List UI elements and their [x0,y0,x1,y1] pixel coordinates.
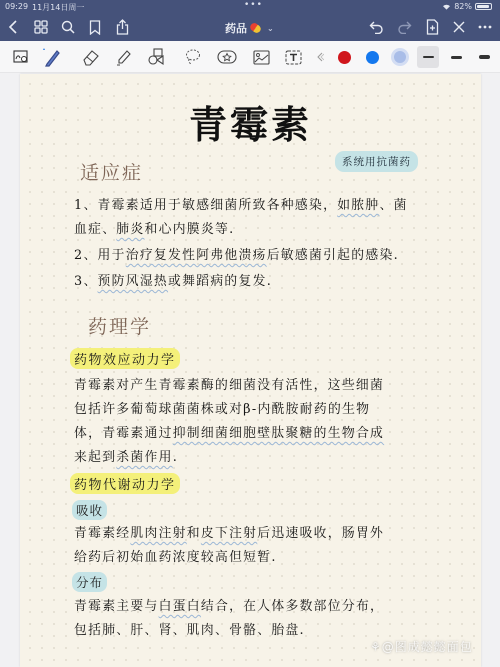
top-header: 09:29 11月14日周一 ••• 82% 药品 ⌄ [0,0,500,41]
status-bar: 09:29 11月14日周一 ••• 82% [0,0,500,13]
section-pharmacology-heading: 药理学 [88,312,151,339]
underlined-text: 杀菌作用 [116,450,172,465]
stroke-thick-button[interactable] [473,46,495,68]
note-page[interactable]: 青霉素 系统用抗菌药 适应症 1、青霉素适用于敏感细菌所致各种感染，如脓肿、菌 … [20,74,481,667]
chevron-down-icon[interactable]: ⌄ [267,24,274,33]
notebook-title[interactable]: 药品 ⌄ [225,20,274,36]
text-line: 青霉素对产生青霉素酶的细菌没有活性，这些细菌 [74,374,459,398]
color-blue-swatch[interactable] [361,46,383,68]
text-segment: 结合，在人体多数部位分布， [201,599,384,614]
highlighter-tool-icon[interactable] [113,46,135,68]
pen-tool-icon[interactable] [40,46,62,68]
redo-icon[interactable] [394,17,414,37]
absorption-label: 吸收 [72,500,107,520]
absorption-paragraph: 青霉素经肌肉注射和皮下注射后迅速吸收，肠胃外 给药后初始血药浓度较高但短暂. [74,522,459,570]
shapes-tool-icon[interactable] [145,46,167,68]
category-tag: 系统用抗菌药 [335,151,418,172]
text-segment: 3、 [74,274,98,289]
red-dot-icon [338,51,351,64]
blue-dot-icon [366,51,379,64]
drawing-toolbar [0,41,500,73]
text-segment: 来起到 [74,450,116,465]
text-segment: 和心内膜炎等. [145,222,235,237]
collapse-toolbar-icon[interactable] [309,46,331,68]
add-page-icon[interactable] [422,17,442,37]
stroke-thin-icon [423,56,434,58]
text-segment: . [173,450,178,465]
text-segment: 或舞蹈病的复发. [168,274,272,289]
color-red-swatch[interactable] [333,46,355,68]
stroke-medium-icon [451,56,462,59]
text-segment: 和 [187,526,201,541]
battery-icon [475,3,492,10]
battery-percent: 82% [454,2,472,11]
underlined-text: 治疗复发性阿弗他溃疡 [126,248,267,263]
text-tool-icon[interactable] [282,46,304,68]
distribution-paragraph: 青霉素主要与白蛋白结合，在人体多数部位分布， 包括肺、肝、肾、肌肉、骨骼、胎盘. [74,595,459,643]
underlined-text: 如脓肿 [337,198,379,213]
watermark: ⚘@图成懿懿面包 [370,638,473,655]
close-icon[interactable] [449,17,469,37]
text-segment: 2、用于 [74,248,126,263]
stroke-thin-button[interactable] [417,46,439,68]
lasso-tool-icon[interactable] [182,46,204,68]
indication-item-3: 3、预防风湿热或舞蹈病的复发. [74,270,459,294]
undo-icon[interactable] [366,17,386,37]
share-icon[interactable] [112,17,132,37]
note-title: 青霉素 [20,94,481,149]
indication-item-1: 1、青霉素适用于敏感细菌所致各种感染，如脓肿、菌 血症、肺炎和心内膜炎等. [74,194,459,242]
stroke-medium-button[interactable] [445,46,467,68]
text-segment: 血症、 [74,222,116,237]
pharmacodynamics-paragraph: 青霉素对产生青霉素酶的细菌没有活性，这些细菌 包括许多葡萄球菌菌株或对β-内酰胺… [74,374,459,470]
pharmacokinetics-label: 药物代谢动力学 [70,473,180,494]
image-tool-icon[interactable] [250,46,272,68]
image-select-tool-icon[interactable] [10,46,32,68]
text-line: 给药后初始血药浓度较高但短暂. [74,546,459,570]
notebook-title-text: 药品 [225,20,247,36]
nav-bar: 药品 ⌄ [0,14,500,40]
text-line: 包括许多葡萄球菌菌株或对β-内酰胺耐药的生物 [74,398,459,422]
text-segment: 后敏感菌引起的感染. [267,248,399,263]
stroke-thick-icon [479,55,490,60]
underlined-text: 抑制细菌细胞壁肽聚糖的生物合成 [173,426,384,441]
status-date: 11月14日周一 [32,2,84,13]
pharmacodynamics-label: 药物效应动力学 [70,348,180,369]
sticker-tool-icon[interactable] [216,46,238,68]
underlined-text: 预防风湿热 [98,274,168,289]
bookmark-icon[interactable] [85,17,105,37]
text-segment: 青霉素经 [74,526,130,541]
eraser-tool-icon[interactable] [80,46,102,68]
multitask-dots[interactable]: ••• [244,0,263,10]
search-icon[interactable] [58,17,78,37]
back-icon[interactable] [3,17,23,37]
underlined-text: 皮下注射 [201,526,257,541]
lightblue-dot-icon [394,51,406,63]
wifi-icon [442,3,451,10]
status-right: 82% [442,2,492,11]
underlined-text: 肺炎 [116,222,144,237]
section-indications-heading: 适应症 [80,158,143,185]
color-lightblue-swatch[interactable] [389,46,411,68]
pill-emoji-icon [249,22,263,35]
text-segment: 1、青霉素适用于敏感细菌所致各种感染， [74,198,337,213]
underlined-text: 白蛋白 [159,599,201,614]
status-time: 09:29 [5,2,28,11]
text-segment: 、菌 [379,198,407,213]
text-segment: 后迅速吸收，肠胃外 [257,526,384,541]
indication-item-2: 2、用于治疗复发性阿弗他溃疡后敏感菌引起的感染. [74,244,459,268]
distribution-label: 分布 [72,572,107,592]
grid-icon[interactable] [31,17,51,37]
text-segment: 青霉素主要与 [74,599,159,614]
more-icon[interactable] [475,17,495,37]
underlined-text: 肌肉注射 [130,526,186,541]
text-segment: 体，青霉素通过 [74,426,173,441]
